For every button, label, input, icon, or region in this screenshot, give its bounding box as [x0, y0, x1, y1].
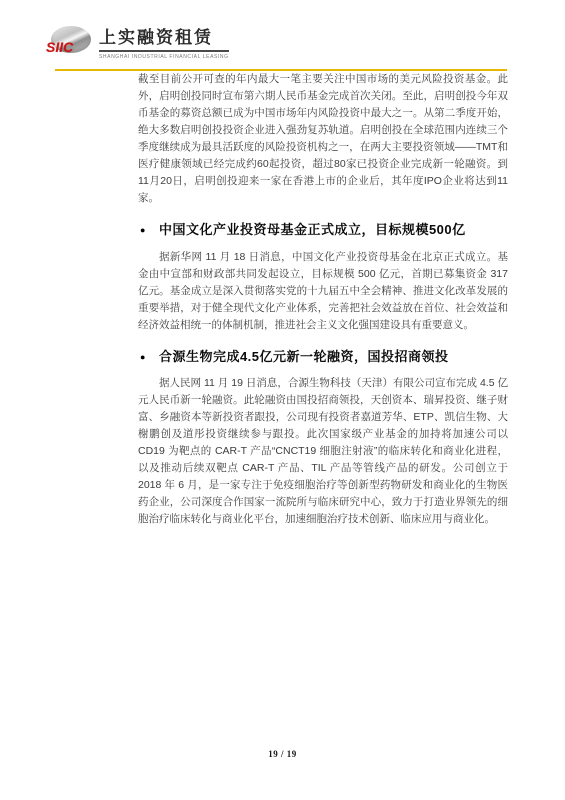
document-page: SIIC 上实融资租赁 SHANGHAI INDUSTRIAL FINANCIA… — [0, 0, 565, 800]
section-heading-text: 合源生物完成4.5亿元新一轮融资，国投招商领投 — [159, 349, 449, 365]
bullet-icon: ● — [140, 225, 146, 236]
section-heading: ● 合源生物完成4.5亿元新一轮融资，国投招商领投 — [140, 349, 508, 365]
document-body: 截至目前公开可查的年内最大一笔主要关注中国市场的美元风险投资基金。此外，启明创投… — [138, 71, 508, 528]
page-footer: 19 / 19 — [0, 744, 565, 762]
page-number: 19 / 19 — [268, 749, 297, 759]
section-heading-text: 中国文化产业投资母基金正式成立，目标规模500亿 — [159, 222, 466, 238]
company-name-en: SHANGHAI INDUSTRIAL FINANCIAL LEASING — [99, 54, 229, 60]
intro-paragraph: 截至目前公开可查的年内最大一笔主要关注中国市场的美元风险投资基金。此外，启明创投… — [138, 71, 508, 207]
news-section-heyuan-bio: ● 合源生物完成4.5亿元新一轮融资，国投招商领投 据人民网 11 月 19 日… — [138, 349, 508, 529]
company-logo: SIIC 上实融资租赁 SHANGHAI INDUSTRIAL FINANCIA… — [46, 25, 229, 60]
section-paragraph: 据新华网 11 月 18 日消息，中国文化产业投资母基金在北京正式成立。基金由中… — [138, 249, 508, 334]
section-heading: ● 中国文化产业投资母基金正式成立，目标规模500亿 — [140, 222, 508, 238]
company-name-block: 上实融资租赁 SHANGHAI INDUSTRIAL FINANCIAL LEA… — [99, 25, 229, 60]
section-paragraph: 据人民网 11 月 19 日消息，合源生物科技（天津）有限公司宣布完成 4.5 … — [138, 375, 508, 528]
company-name-cn: 上实融资租赁 — [99, 28, 229, 52]
bullet-icon: ● — [140, 352, 146, 363]
siic-globe-icon: SIIC — [46, 25, 92, 57]
news-section-culture-fund: ● 中国文化产业投资母基金正式成立，目标规模500亿 据新华网 11 月 18 … — [138, 222, 508, 334]
siic-wordmark: SIIC — [46, 40, 73, 54]
